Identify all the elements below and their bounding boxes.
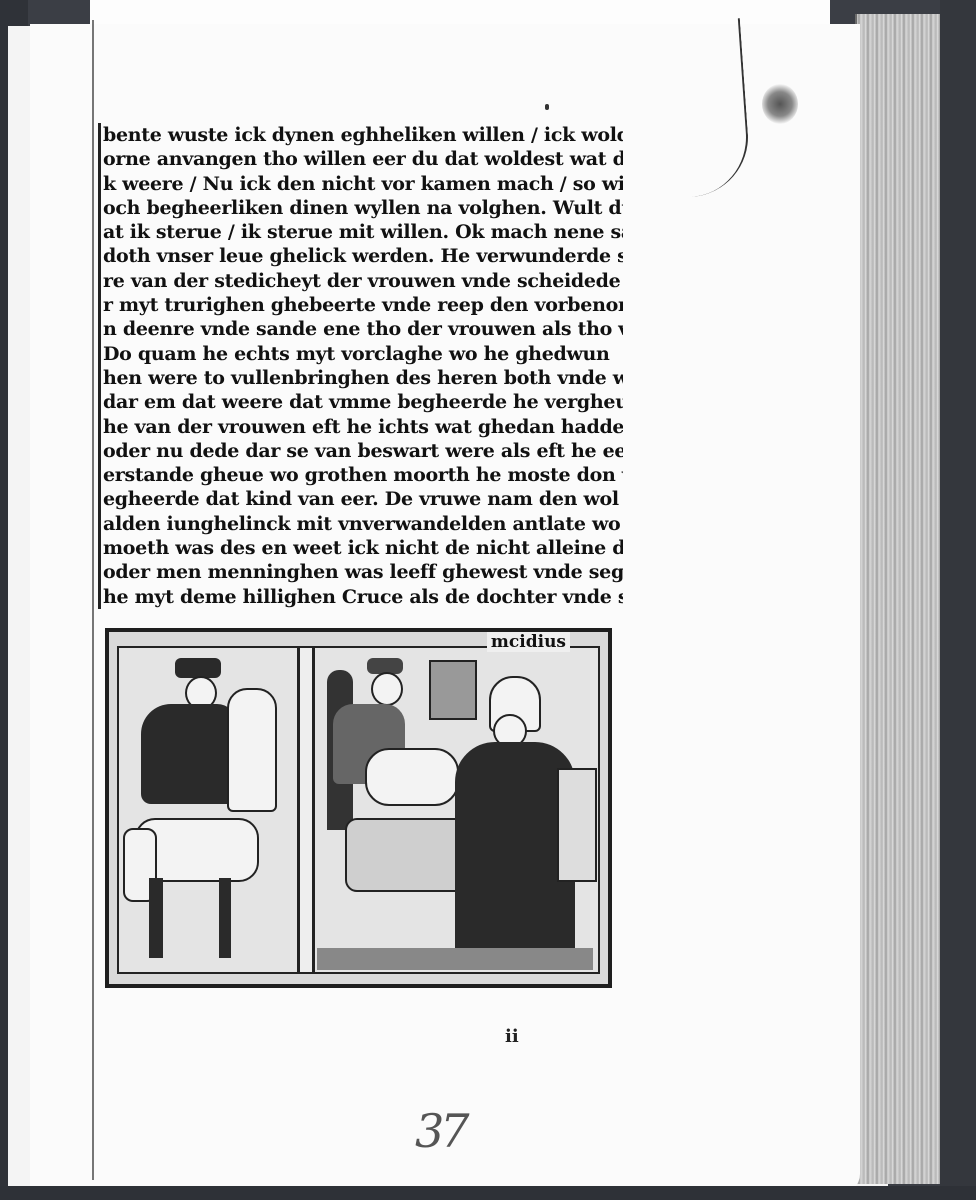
text-line: alden iunghelinck mit vnverwandelden ant… — [103, 512, 623, 536]
text-line: bente wuste ick dynen eghheliken willen … — [103, 123, 623, 147]
text-line: re van der stedicheyt der vrouwen vnde s… — [103, 269, 623, 293]
ink-speck — [545, 104, 549, 110]
text-line: hen were to vullenbringhen des heren bot… — [103, 366, 623, 390]
handwritten-folio-number: 37 — [415, 1104, 466, 1158]
text-line: r myt trurighen ghebeerte vnde reep den … — [103, 293, 623, 317]
woodcut-frame — [117, 646, 600, 974]
bed — [345, 818, 469, 892]
text-line: doth vnser leue ghelick werden. He verwu… — [103, 244, 623, 268]
text-line: oder men menninghen was leeff ghewest vn… — [103, 560, 623, 584]
book-cover-right-edge — [940, 0, 976, 1200]
text-line: dar em dat weere dat vmme begheerde he v… — [103, 390, 623, 414]
text-line: erstande gheue wo grothen moorth he most… — [103, 463, 623, 487]
text-line: oder nu dede dar se van beswart were als… — [103, 439, 623, 463]
child-on-bed — [365, 748, 459, 806]
text-line: moeth was des en weet ick nicht de nicht… — [103, 536, 623, 560]
text-line: k weere / Nu ick den nicht vor kamen mac… — [103, 172, 623, 196]
woodcut-panel-divider — [297, 648, 315, 972]
book-page-edges — [855, 14, 952, 1184]
donkey-leg — [219, 878, 231, 958]
text-line: och begheerliken dinen wyllen na volghen… — [103, 196, 623, 220]
woodcut-caption: mcidius — [487, 632, 570, 652]
page-signature: ii — [505, 1026, 519, 1047]
donkey-leg — [149, 878, 163, 958]
youth-figure — [227, 688, 277, 812]
rider-cloak — [141, 704, 237, 804]
text-line: Do quam he echts myt vorclaghe wo he ghe… — [103, 342, 623, 366]
woodcut-illustration: mcidius — [105, 628, 612, 988]
scan-bottom-edge — [0, 1186, 976, 1200]
text-line: at ik sterue / ik sterue mit willen. Ok … — [103, 220, 623, 244]
servant-face — [371, 672, 403, 706]
text-line: he myt deme hillighen Cruce als de docht… — [103, 585, 623, 609]
blackletter-text-block: bente wuste ick dynen eghheliken willen … — [98, 123, 623, 609]
text-line: egheerde dat kind van eer. De vruwe nam … — [103, 487, 623, 511]
rider-hat — [175, 658, 221, 678]
text-line: n deenre vnde sande ene tho der vrouwen … — [103, 317, 623, 341]
floor-tiles — [317, 948, 593, 970]
text-line: orne anvangen tho willen eer du dat wold… — [103, 147, 623, 171]
text-line: he van der vrouwen eft he ichts wat ghed… — [103, 415, 623, 439]
chair — [557, 768, 597, 882]
window — [429, 660, 477, 720]
page-fold-line — [92, 20, 94, 1180]
ink-smudge — [762, 84, 798, 124]
